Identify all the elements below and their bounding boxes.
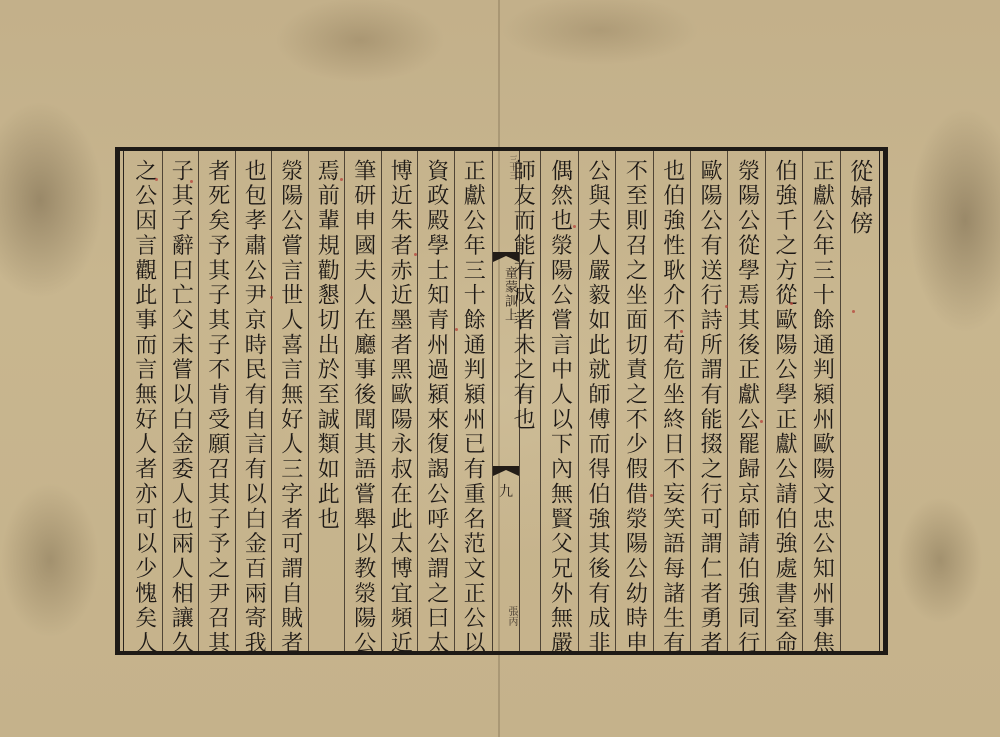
column-text: 之公因言觀此事而言無好人者亦可以少愧矣人	[133, 151, 155, 651]
punctuation-mark	[790, 302, 793, 305]
text-column: 焉前輩規勸懇切出於至誠類如此也	[308, 151, 345, 651]
punctuation-mark	[455, 328, 458, 331]
right-page: 從婦傍 正獻公年三十餘通判潁州歐陽文忠公知州事焦 伯強千之方從歐陽公學正獻公請伯…	[504, 151, 877, 651]
center-fold-banxin: 三十三 童蒙訓上 九 張丙	[492, 151, 520, 651]
text-column: 博近朱者赤近墨者黑歐陽永叔在此太博宜頻近	[381, 151, 418, 651]
fishtail-mark-icon	[493, 466, 519, 476]
text-column: 正獻公年三十餘通判潁州歐陽文忠公知州事焦	[802, 151, 839, 651]
text-column: 公與夫人嚴毅如此就師傅而得伯強其後有成非	[578, 151, 615, 651]
text-column: 之公因言觀此事而言無好人者亦可以少愧矣人	[126, 151, 162, 651]
punctuation-mark	[680, 330, 683, 333]
punctuation-mark	[725, 305, 728, 308]
left-page: 正獻公年三十餘通判潁州已有重名范文正公以 資政殿學士知青州過潁來復謁公呼公謂之曰…	[126, 151, 490, 651]
text-column: 滎陽公從學焉其後正獻公罷歸京師請伯強同行	[727, 151, 764, 651]
column-text: 伯強千之方從歐陽公學正獻公請伯強處書室命	[773, 151, 795, 651]
text-column: 資政殿學士知青州過潁來復謁公呼公謂之曰太	[417, 151, 454, 651]
punctuation-mark	[573, 225, 576, 228]
column-text: 也伯強性耿介不苟危坐終日不妄笑語每諸生有	[661, 151, 683, 651]
punctuation-mark	[270, 296, 273, 299]
text-column: 從婦傍	[840, 151, 877, 651]
column-text: 偶然也滎陽公嘗言中人以下內無賢父兄外無嚴	[549, 151, 571, 651]
column-text: 筆研申國夫人在廳事後聞其語嘗舉以教滎陽公	[352, 151, 374, 651]
column-text: 公與夫人嚴毅如此就師傅而得伯強其後有成非	[586, 151, 608, 651]
punctuation-mark	[760, 420, 763, 423]
punctuation-mark	[414, 253, 417, 256]
column-text: 歐陽公有送行詩所謂有能掇之行可謂仁者勇者	[698, 151, 720, 651]
punctuation-mark	[650, 494, 653, 497]
punctuation-mark	[190, 180, 193, 183]
punctuation-mark	[155, 178, 158, 181]
text-column: 者死矣予其子其子不肯受願召其子予之尹召其	[198, 151, 235, 651]
text-column: 不至則召之坐面切責之不少假借滎陽公幼時申	[615, 151, 652, 651]
column-text: 滎陽公從學焉其後正獻公罷歸京師請伯強同行	[736, 151, 758, 651]
column-text: 者死矣予其子其子不肯受願召其子予之尹召其	[206, 151, 228, 651]
column-text: 子其子辭曰亡父未嘗以白金委人也兩人相讓久	[169, 151, 191, 651]
column-text: 滎陽公嘗言世人喜言無好人三字者可謂自賊者	[279, 151, 301, 651]
column-text: 正獻公年三十餘通判潁州已有重名范文正公以	[461, 151, 483, 651]
punctuation-mark	[852, 310, 855, 313]
text-column: 也包孝肅公尹京時民有自言有以白金百兩寄我	[235, 151, 272, 651]
column-text: 也包孝肅公尹京時民有自言有以白金百兩寄我	[242, 151, 264, 651]
column-text: 不至則召之坐面切責之不少假借滎陽公幼時申	[623, 151, 645, 651]
print-frame: 從婦傍 正獻公年三十餘通判潁州歐陽文忠公知州事焦 伯強千之方從歐陽公學正獻公請伯…	[115, 147, 888, 655]
column-text: 資政殿學士知青州過潁來復謁公呼公謂之曰太	[425, 151, 447, 651]
text-column: 子其子辭曰亡父未嘗以白金委人也兩人相讓久	[162, 151, 199, 651]
column-text: 正獻公年三十餘通判潁州歐陽文忠公知州事焦	[810, 151, 832, 651]
text-column: 滎陽公嘗言世人喜言無好人三字者可謂自賊者	[271, 151, 308, 651]
text-column: 伯強千之方從歐陽公學正獻公請伯強處書室命	[765, 151, 802, 651]
column-text: 博近朱者赤近墨者黑歐陽永叔在此太博宜頻近	[388, 151, 410, 651]
page-number: 九	[493, 481, 519, 501]
punctuation-mark	[340, 178, 343, 181]
column-text: 焉前輩規勸懇切出於至誠類如此也	[315, 151, 337, 651]
text-column: 歐陽公有送行詩所謂有能掇之行可謂仁者勇者	[690, 151, 727, 651]
text-column: 也伯強性耿介不苟危坐終日不妄笑語每諸生有	[653, 151, 690, 651]
text-column: 正獻公年三十餘通判潁州已有重名范文正公以	[454, 151, 491, 651]
fishtail-mark-icon	[493, 252, 519, 262]
carver-name: 張丙	[493, 606, 519, 626]
book-title: 童蒙訓上	[493, 266, 519, 322]
text-column: 筆研申國夫人在廳事後聞其語嘗舉以教滎陽公	[344, 151, 381, 651]
section-title: 從婦傍	[847, 151, 870, 651]
fold-top-note: 三十三	[493, 155, 519, 179]
